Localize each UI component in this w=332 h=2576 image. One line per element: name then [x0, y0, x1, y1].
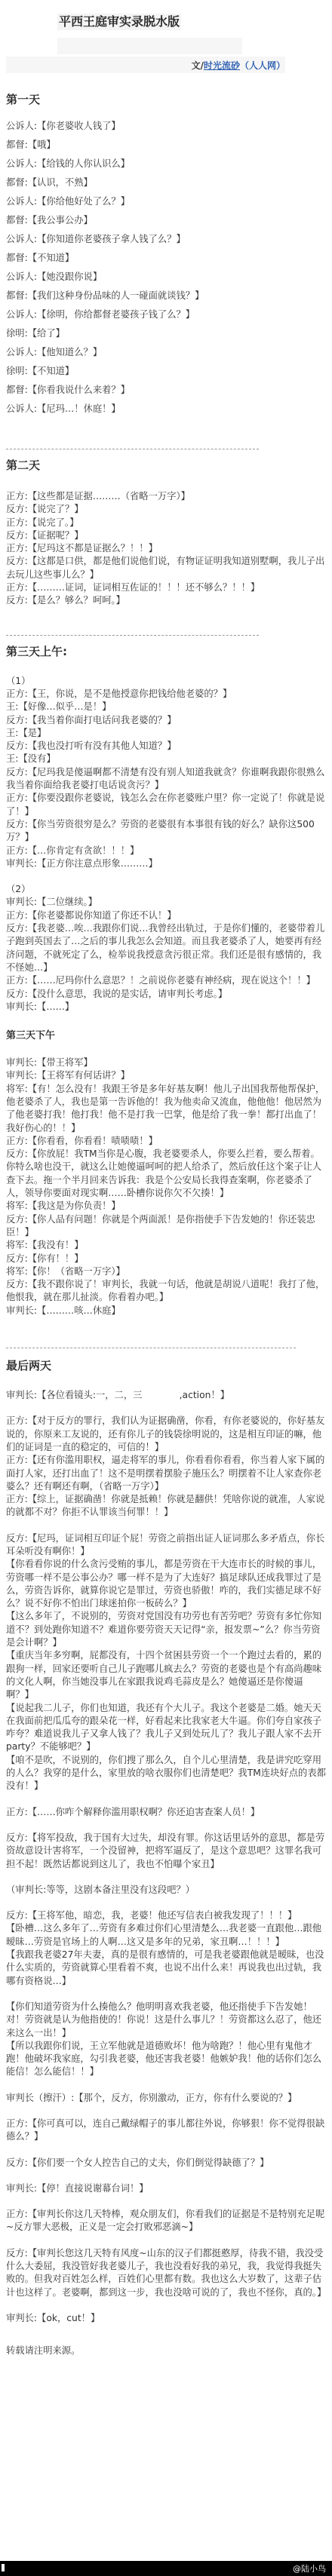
dialogue-line: 正方:【这些都是证据………（省略一万字）】	[6, 490, 326, 503]
dialogue-line: 审判长:【二位继续。】	[6, 896, 326, 909]
byline: 文/ 时光流砂 （人人网）	[6, 57, 285, 73]
day1-dialogue: 公诉人:【你老婆收人钱了】都督:【哦】公诉人:【给钱的人你认识么】都督:【认识，…	[6, 117, 326, 419]
dialogue-line: 公诉人:【她没跟你说】	[6, 268, 326, 287]
dialogue-line: 王:【好像…似乎…是！】	[6, 701, 326, 713]
dialogue-line: 都督:【我公事公办】	[6, 211, 326, 230]
dialogue-line: 正方:【你老婆都说你知道了你还不认！】	[6, 909, 326, 922]
dialogue-line: 都督:【不知道】	[6, 249, 326, 268]
defense-wife-line: 反方:【你们要一个女人控告自己的丈夫，你们倒觉得缺德了？】	[6, 2157, 326, 2170]
part-label: （2）	[6, 883, 326, 896]
dialogue-line: 【重庆当年多穷啊，屁都没有，十四个贫困县劳资一个一个跑过去看的，累的跟狗一样，回…	[6, 1649, 326, 1701]
dialogue-line: 正方:【………证词，证词相互佐证的！！！还不够么？！！】	[6, 581, 326, 594]
dialogue-line: 反方:【是么？够么？呵呵。】	[6, 594, 326, 607]
dialogue-line: 反方:【我也没打听有没有其他人知道？】	[6, 740, 326, 753]
day2-heading: 第二天	[6, 457, 326, 474]
dialogue-line: 正方:【…你肯定有贪欲！！！】	[6, 845, 326, 857]
final-heading: 最后两天	[6, 1357, 326, 1374]
dialogue-line: 反方:【说完了？】	[6, 503, 326, 516]
dialogue-line: 正方:【王，你说，是不是他授意你把钱给他老婆的？】	[6, 688, 326, 701]
day3am-part1: （1） 正方:【王，你说，是不是他授意你把钱给他老婆的？】王:【好像…似乎…是！…	[6, 675, 326, 870]
day3pm-dialogue: 审判长:【带王将军】审判长:【王将军有何话讲？】将军:【有！怎么没有！我跟王爷是…	[6, 1056, 326, 1317]
dialogue-line: 公诉人:【徐明，你给都督老婆孩子钱了么？】	[6, 305, 326, 324]
dialogue-line: 正方:【还有你滥用职权，逼走将军的事儿，你看看你看看，你当着人家下属的面打人家，…	[6, 1454, 326, 1493]
dialogue-line: 都督:【哦】	[6, 136, 326, 155]
dialogue-line: 反方:【将军投敌，我于国有大过失，却没有罪。你这话里话外的意思，都是劳资故意设计…	[6, 1832, 326, 1871]
dialogue-line: 正方:【对于反方的罪行，我们认为证据确凿，你看，有你老婆说的，你好基友说的，你原…	[6, 1415, 326, 1454]
bar-marker	[2, 2564, 5, 2571]
dialogue-line: 公诉人:【给钱的人你认识么】	[6, 155, 326, 173]
title-area: 平西王庭审实录脱水版	[6, 0, 326, 54]
dialogue-line: 反方:【证据呢？】	[6, 529, 326, 542]
dialogue-line: 【咱不是吹，不说别的，你们搜了那么久，自个儿心里清楚，我是讲究吃穿用的人么？我穿…	[6, 1754, 326, 1793]
watermark-bar: @陆小鸟	[0, 2561, 332, 2576]
day3am-part2: （2） 审判长:【二位继续。】正方:【你老婆都说你知道了你还不认！】反方:【我老…	[6, 883, 326, 1014]
dialogue-line: 反方:【没什么意思，我说的是实话，请审判长考虑。】	[6, 988, 326, 1001]
dialogue-line: 【说起我二儿子，你们也知道，我还有个大儿子。我这个老婆是二婚。她天天在我面前把瓜…	[6, 1702, 326, 1754]
dialogue-line: 反方:【王将军他，暗恋，我，老婆！他还写信表白被我发现了！！！】	[6, 1909, 326, 1922]
judge-aside: （审判长:等等，这剧本备注里没有这段吧？）	[6, 1884, 326, 1897]
dialogue-line: 王:【没有】	[6, 753, 326, 765]
byline-prefix: 文/	[192, 59, 204, 72]
dialogue-line: 审判长:【……】	[6, 1001, 326, 1014]
day3am-heading: 第三天上午:	[6, 643, 326, 660]
dialogue-line: 徐明:【给了】	[6, 324, 326, 343]
judge-wipe-line: 审判长（擦汗）:【那个，反方，你别激动，正方，你有什么要说的？】	[6, 2092, 326, 2105]
day3pm-heading: 第三天下午	[6, 1029, 326, 1044]
final-days: 审判长:【各位看镜头:一，二，三 ,action！】 正方:【对于反方的罪行，我…	[6, 1389, 326, 2358]
dialogue-line: 将军:【有！怎么没有！我跟王爷是多年好基友啊！他儿子出国我帮他帮保护，他老婆杀了…	[6, 1083, 326, 1135]
dialogue-line: 反方:【尼玛我是傻逼啊都不清楚有没有别人知道我就贪？你谁啊我跟你很熟么我当着你面…	[6, 766, 326, 793]
dialogue-line: 正方:【综上，证据确凿！你就是抵赖！你就是翻供！凭啥你说的就准，人家说的就都不对…	[6, 1493, 326, 1520]
dialogue-line: 【卧槽…这么多年了…劳资有多难过你们心里清楚么…我老婆一直跟他…跟他暧昧…劳资是…	[6, 1922, 326, 1949]
dialogue-line: 【你们知道劳资为什么揍他么？他明明喜欢我老婆，他还指使手下告发她！对！劳资就是认…	[6, 2001, 326, 2040]
prosecution-final-line: 正方:【审判长你这几天特棒，观众朋友们，你看我们的证据是不是特别充足呢~反方罪大…	[6, 2208, 326, 2234]
dialogue-line: 反方:【你当劳资很穷是么？劳资的老婆很有本事很有钱的好么？缺你这500万？】	[6, 818, 326, 845]
part-label: （1）	[6, 675, 326, 688]
dialogue-line: 都督:【认识，不熟】	[6, 173, 326, 192]
dialogue-line: 【这么多年了，不说别的，劳资对党国没有功劳也有苦劳吧？劳资有多忙你知道不？到处跑…	[6, 1610, 326, 1649]
author-link[interactable]: 时光流砂	[204, 59, 240, 72]
dialogue-line: 正方:【……尼玛你什么意思？！之前说你老婆有神经病，现在说这个！！】	[6, 974, 326, 987]
dialogue-line: 都督:【我们这种身份品味的人一碰面就谈钱？】	[6, 287, 326, 305]
dialogue-line: 将军:【我没有！】	[6, 1239, 326, 1252]
prosecution-green-line: 正方:【你可真可以，连自己戴绿帽子的事儿都往外说，你够狠！你不觉得很缺德么？】	[6, 2118, 326, 2144]
judge-cut-line: 审判长:【ok，cut！】	[6, 2312, 326, 2325]
dialogue-line: 反方:【我不跟你说了！审判长，我就一句话，他就是胡说八道呢！我打了他，他恨我，就…	[6, 1278, 326, 1305]
judge-stop-line: 审判长:【停！直接说谢幕台词！】	[6, 2182, 326, 2195]
dialogue-line: 公诉人:【他知道么？】	[6, 343, 326, 362]
dialogue-line: 审判长:【………咳…休庭】	[6, 1305, 326, 1317]
prosecution-abuse-line: 正方:【……你咋个解释你滥用职权啊？你还迫害查案人员！】	[6, 1806, 326, 1819]
dialogue-line: 反方:【你放屁！我TM当你是心腹，我老婆要杀人，你要么拦着，要么帮着。你特么啥也…	[6, 1148, 326, 1200]
dialogue-line: 【你看看你说的什么贪污受贿的事儿，都是劳资在干大连市长的时候的事儿，劳资哪一样不…	[6, 1558, 326, 1610]
defense-final-line: 反方:【审判长您这几天特有风度~山东的汉子们都挺憨厚，待我不错，我没受什么大委屈…	[6, 2247, 326, 2299]
dialogue-line: 审判长:【正方你注意点形象………】	[6, 857, 326, 870]
dialogue-line: 反方:【尼玛，证词相互印证个屁！劳资之前指出证人证词那么多矛盾点，你长耳朵听没有…	[6, 1532, 326, 1559]
day2-dialogue: 正方:【这些都是证据………（省略一万字）】反方:【说完了？】正方:【说完了。】反…	[6, 490, 326, 608]
repost-note: 转载请注明来源。	[6, 2344, 326, 2357]
dialogue-line: 公诉人:【你知道你老婆孩子拿人钱了么？】	[6, 230, 326, 249]
dialogue-line: 公诉人:【尼玛…！休庭！】	[6, 400, 326, 419]
action-line: 审判长:【各位看镜头:一，二，三 ,action！】	[6, 1389, 326, 1402]
dialogue-line: 反方:【这都是口供，都是他们说他们说，有物证证明我知道别墅啊，我儿子出去玩儿这些…	[6, 555, 326, 581]
watermark-text: @陆小鸟	[293, 2562, 326, 2574]
dialogue-line: 【所以我跟你们说，王立军他就是道德败坏！他为啥跑？！他心里有鬼他才跑！他破坏我家…	[6, 2040, 326, 2079]
dialogue-line: 审判长:【王将军有何话讲？】	[6, 1069, 326, 1082]
dialogue-line: 正方:【尼玛这不都是证据么？！！】	[6, 542, 326, 555]
dialogue-line: 将军:【我这是为你负责！】	[6, 1200, 326, 1213]
dialogue-line: 王:【是】	[6, 727, 326, 740]
dialogue-line: 正方:【说完了。】	[6, 517, 326, 529]
dialogue-line: 反方:【你人品有问题！你就是个两面派！是你指使手下告发她的！你还装忠臣！】	[6, 1213, 326, 1240]
dialogue-line: 将军:【你！（省略一万字）】	[6, 1265, 326, 1278]
dialogue-line: 公诉人:【你老婆收人钱了】	[6, 117, 326, 136]
dialogue-line: 正方:【你要没跟你老婆说，钱怎么会在你老婆账户里？你一定说了！你就是说了！】	[6, 792, 326, 818]
dialogue-line: 反方:【我老婆…唉…我跟你们说…我曾经出轨过，于是你们懂的，老婆带着儿子跑到英国…	[6, 922, 326, 974]
title-band	[57, 38, 242, 54]
day1-heading: 第一天	[6, 91, 326, 108]
article: 平西王庭审实录脱水版 文/ 时光流砂 （人人网） 第一天 公诉人:【你老婆收人钱…	[0, 0, 332, 2358]
dialogue-line: 【我跟我老婆27年夫妻，真的是很有感情的，可是我老婆跟他就是暧昧，也没什么实质的…	[6, 1949, 326, 1988]
article-title: 平西王庭审实录脱水版	[57, 14, 181, 30]
dialogue-line: 审判长:【带王将军】	[6, 1056, 326, 1069]
dialogue-line: 反方:【你有！！】	[6, 1253, 326, 1265]
dialogue-line: 反方:【我当着你面打电话问我老婆的？】	[6, 714, 326, 727]
author-site: （人人网）	[240, 59, 285, 72]
dialogue-line: 正方:【你看看，你看看！啧啧啧！】	[6, 1135, 326, 1148]
dialogue-line: 公诉人:【你给他好处了么？】	[6, 192, 326, 211]
dialogue-line: 徐明:【不知道】	[6, 362, 326, 381]
dialogue-line: 都督:【你看我说什么来着？】	[6, 381, 326, 400]
